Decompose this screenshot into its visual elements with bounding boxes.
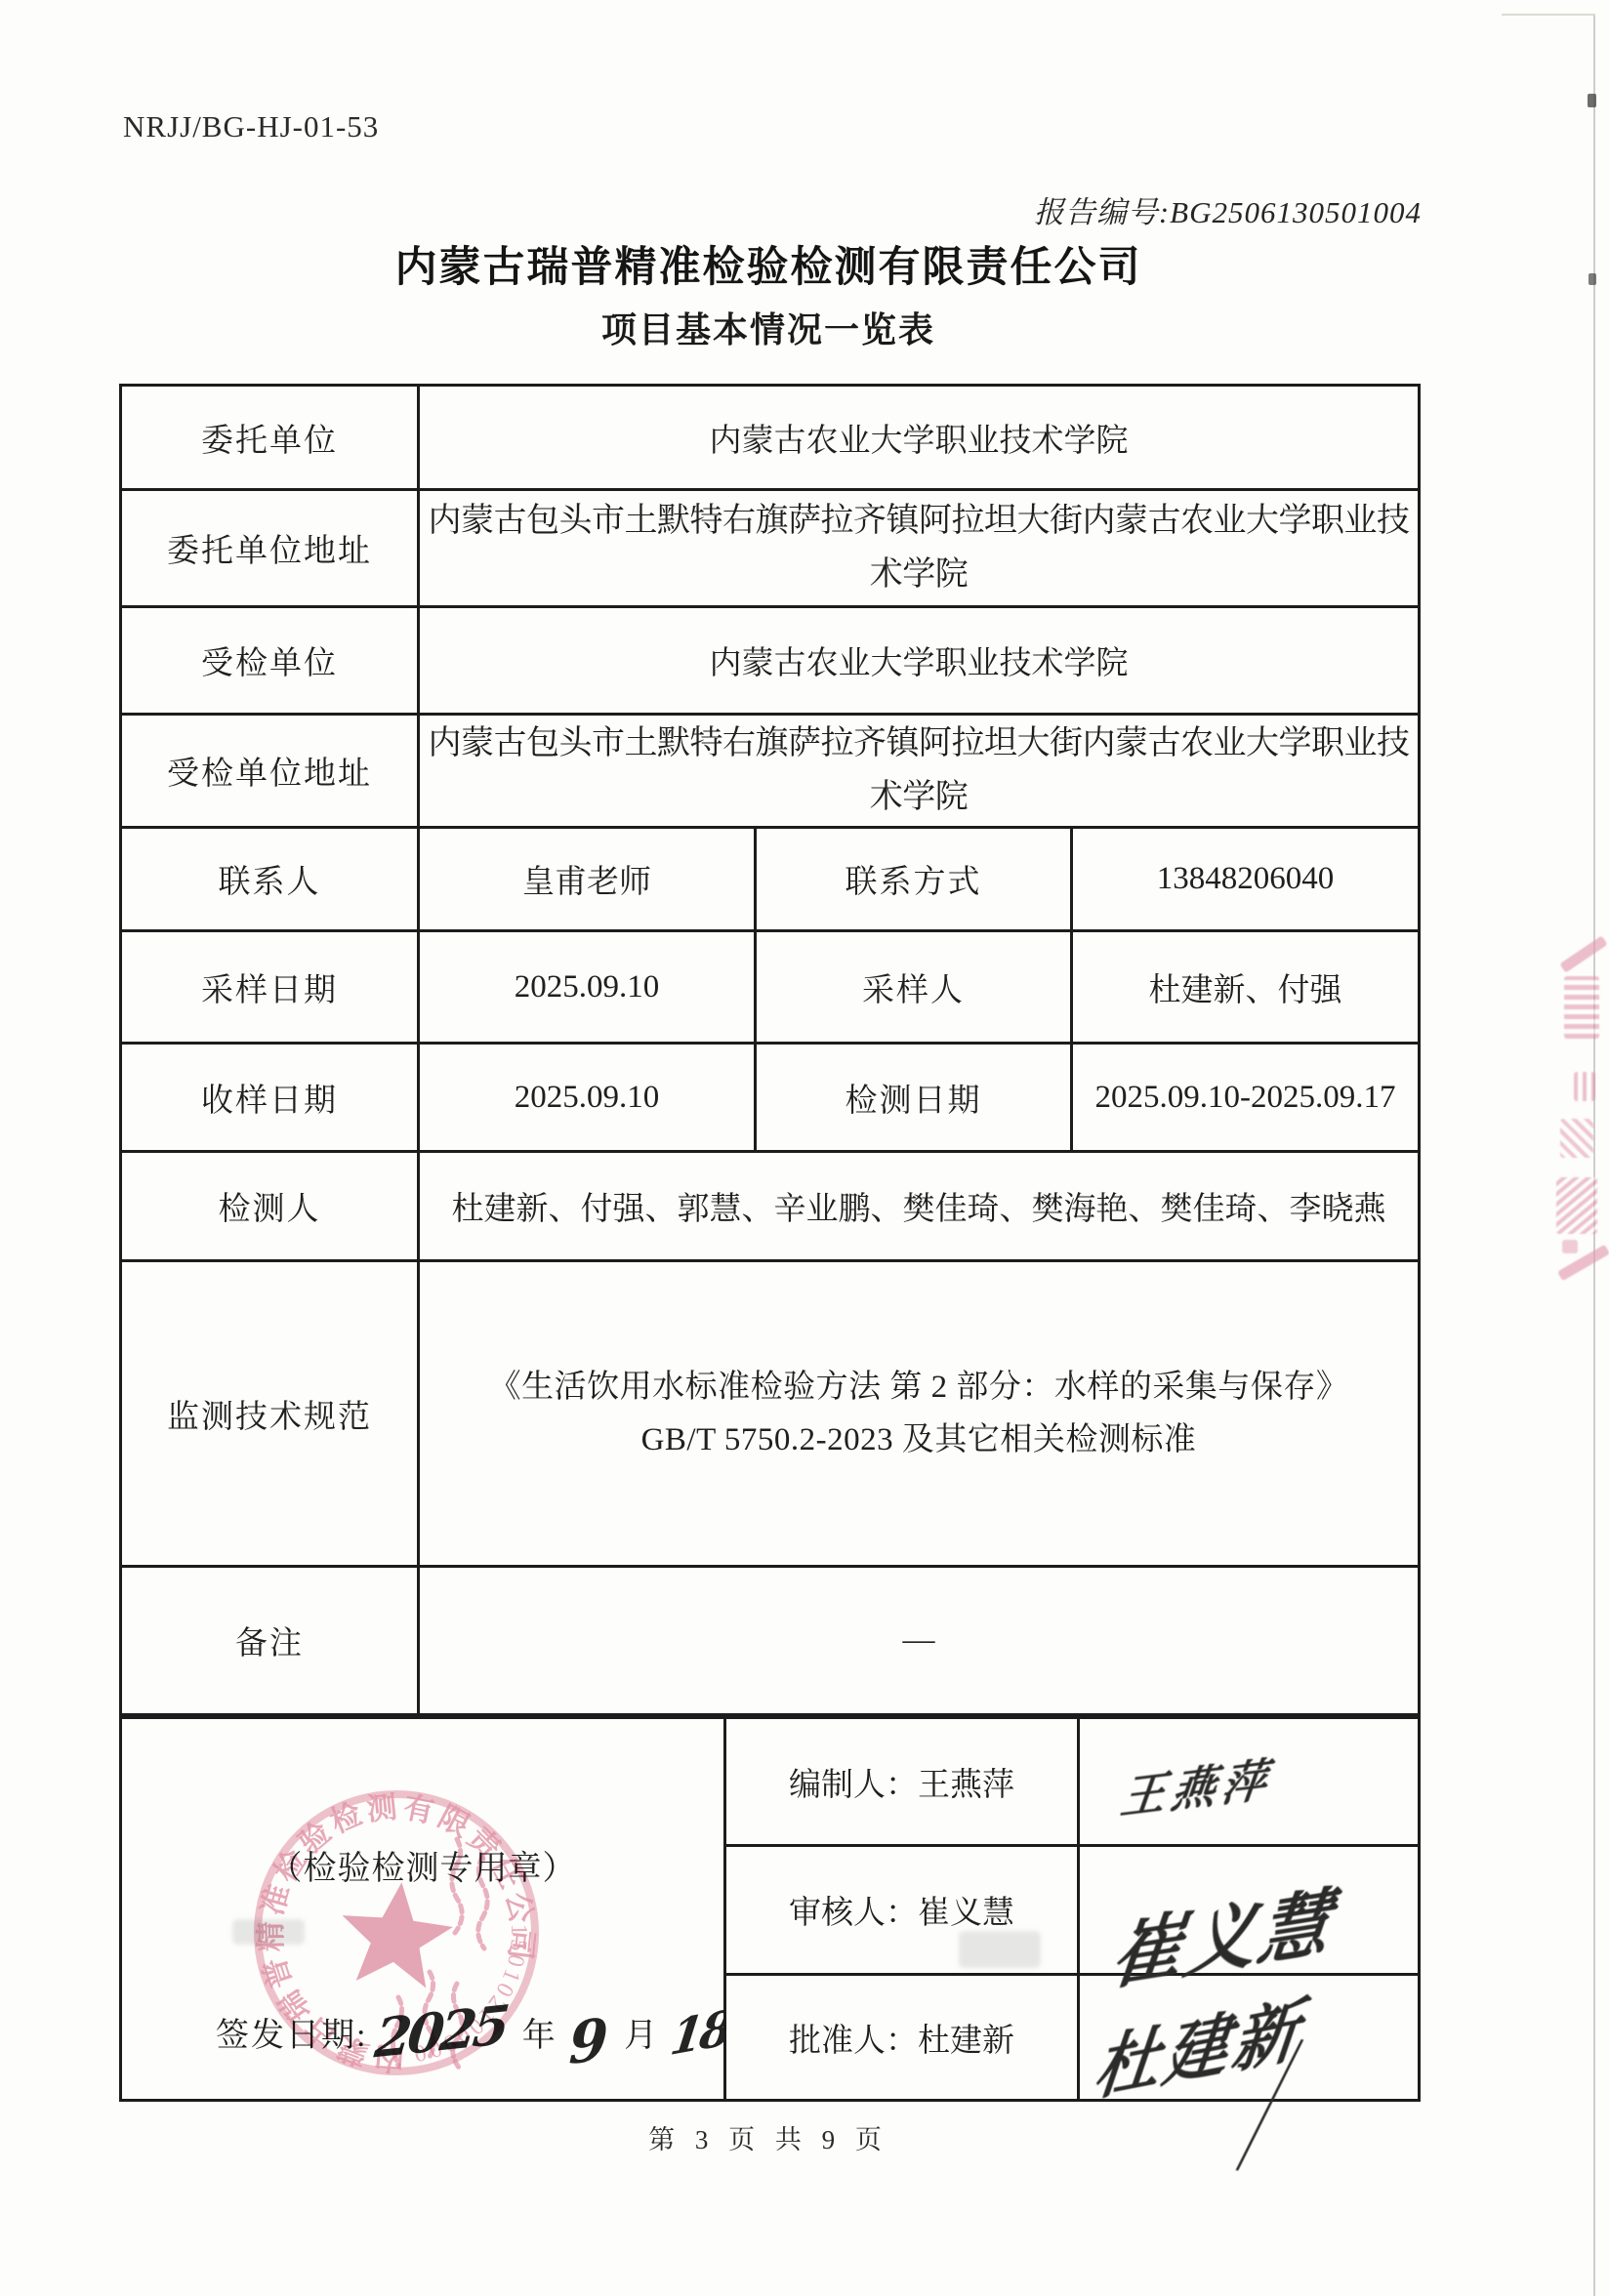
- table-row: 备注 —: [121, 1567, 1420, 1715]
- row-label: 受检单位: [121, 607, 419, 715]
- seal-script-mark: [452, 1839, 462, 1933]
- scan-artifact-mark: [1588, 94, 1596, 107]
- table-row: 检测人 杜建新、付强、郭慧、辛业鹏、樊佳琦、樊海艳、樊佳琦、李晓燕: [121, 1152, 1420, 1261]
- row-value2: 2025.09.10-2025.09.17: [1072, 1044, 1420, 1152]
- company-title: 内蒙古瑞普精准检验检测有限责任公司: [119, 234, 1418, 294]
- role-name: 王燕萍: [918, 1768, 1014, 1803]
- row-value: 杜建新、付强、郭慧、辛业鹏、樊佳琦、樊海艳、樊佳琦、李晓燕: [419, 1152, 1420, 1261]
- info-table: 委托单位 内蒙古农业大学职业技术学院 委托单位地址 内蒙古包头市土默特右旗萨拉齐…: [119, 384, 1421, 1716]
- seal-script-mark: [478, 1857, 487, 1948]
- scanned-report-page: NRJJ/BG-HJ-01-53 报告编号:BG2506130501004 内蒙…: [0, 0, 1609, 2296]
- table-row: 采样日期 2025.09.10 采样人 杜建新、付强: [121, 931, 1420, 1044]
- spec-line-2: GB/T 5750.2-2023 及其它相关检测标准: [426, 1414, 1412, 1466]
- row-value: 2025.09.10: [419, 931, 756, 1044]
- row-label2: 检测日期: [756, 1044, 1072, 1152]
- table-row: 联系人 皇甫老师 联系方式 13848206040: [121, 828, 1420, 931]
- role-label: 审核人：: [789, 1896, 918, 1931]
- handwritten-day: 18: [667, 2000, 724, 2068]
- scan-page-edge-line: [1593, 14, 1595, 2296]
- row-value: 皇甫老师: [419, 828, 756, 931]
- report-number-value: BG2506130501004: [1170, 195, 1422, 229]
- role-label: 批准人：: [789, 2024, 918, 2059]
- handwritten-month: 9: [567, 2005, 608, 2078]
- red-stamp-fragment: [1564, 976, 1599, 1039]
- red-stamp-fragment: [1574, 1072, 1595, 1101]
- table-row: 受检单位地址 内蒙古包头市土默特右旗萨拉齐镇阿拉坦大街内蒙古农业大学职业技术学院: [121, 715, 1420, 828]
- report-number-line: 报告编号:BG2506130501004: [1034, 187, 1422, 231]
- form-title: 项目基本情况一览表: [119, 303, 1418, 352]
- scan-page-edge-line: [1502, 14, 1595, 16]
- role-name: 杜建新: [918, 2024, 1014, 2059]
- month-char: 月: [624, 2008, 657, 2056]
- role-label: 编制人：: [789, 1768, 918, 1803]
- table-row: 收样日期 2025.09.10 检测日期 2025.09.10-2025.09.…: [121, 1044, 1420, 1152]
- row-value: 内蒙古农业大学职业技术学院: [419, 607, 1420, 715]
- company-seal-stamp: 内蒙古瑞普精准检验检测有限责任公司 15010210090063: [227, 1763, 566, 2103]
- scan-artifact-mark: [1588, 273, 1596, 285]
- row-value: 内蒙古农业大学职业技术学院: [419, 386, 1420, 490]
- row-value: 2025.09.10: [419, 1044, 756, 1152]
- signoff-role-cell: 编制人：王燕萍: [725, 1718, 1079, 1846]
- row-label2: 联系方式: [756, 828, 1072, 931]
- row-label: 委托单位: [121, 386, 419, 490]
- page-number-footer: 第 3 页 共 9 页: [119, 2118, 1418, 2156]
- role-name: 崔义慧: [918, 1896, 1014, 1931]
- row-label: 联系人: [121, 828, 419, 931]
- row-value: —: [419, 1567, 1420, 1715]
- row-value2: 13848206040: [1072, 828, 1420, 931]
- red-stamp-fragment: [1562, 1240, 1578, 1253]
- row-label: 收样日期: [121, 1044, 419, 1152]
- row-value2: 杜建新、付强: [1072, 931, 1420, 1044]
- row-label: 受检单位地址: [121, 715, 419, 828]
- red-stamp-fragment: [1556, 1177, 1597, 1234]
- row-label: 监测技术规范: [121, 1261, 419, 1567]
- red-stamp-fragment: [1560, 1119, 1593, 1158]
- spec-line-1: 《生活饮用水标准检验方法 第 2 部分：水样的采集与保存》: [426, 1361, 1412, 1414]
- report-number-label: 报告编号:: [1034, 195, 1170, 229]
- table-row: 委托单位地址 内蒙古包头市土默特右旗萨拉齐镇阿拉坦大街内蒙古农业大学职业技术学院: [121, 490, 1420, 607]
- row-label: 采样日期: [121, 931, 419, 1044]
- row-value: 《生活饮用水标准检验方法 第 2 部分：水样的采集与保存》 GB/T 5750.…: [419, 1261, 1420, 1567]
- row-label2: 采样人: [756, 931, 1072, 1044]
- row-label: 委托单位地址: [121, 490, 419, 607]
- table-row: 委托单位 内蒙古农业大学职业技术学院: [121, 386, 1420, 490]
- seal-star: [336, 1876, 457, 1989]
- row-label: 备注: [121, 1567, 419, 1715]
- row-label: 检测人: [121, 1152, 419, 1261]
- document-code: NRJJ/BG-HJ-01-53: [123, 109, 379, 144]
- red-stamp-fragment: [1559, 935, 1607, 972]
- row-value: 内蒙古包头市土默特右旗萨拉齐镇阿拉坦大街内蒙古农业大学职业技术学院: [419, 490, 1420, 607]
- table-row: 受检单位 内蒙古农业大学职业技术学院: [121, 607, 1420, 715]
- table-row: 监测技术规范 《生活饮用水标准检验方法 第 2 部分：水样的采集与保存》 GB/…: [121, 1261, 1420, 1567]
- bleedthrough-mark: [959, 1931, 1041, 1968]
- row-value: 内蒙古包头市土默特右旗萨拉齐镇阿拉坦大街内蒙古农业大学职业技术学院: [419, 715, 1420, 828]
- signoff-role-cell: 批准人：杜建新: [725, 1975, 1079, 2101]
